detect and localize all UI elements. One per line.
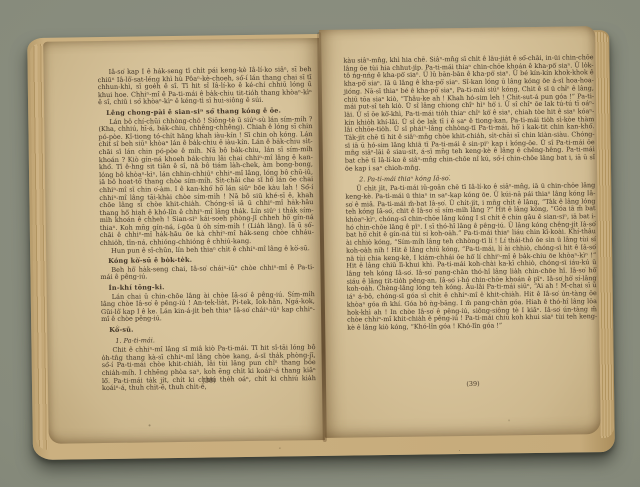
heading: Kò͘-sū. xyxy=(101,324,315,335)
paragraph: Hun pun ê sî-chūn, lín beh thiaⁿ chi̍t ê… xyxy=(100,245,314,256)
paragraph: kàu siâⁿ-mn̂g, khì hia chē. Siâⁿ-mn̂g sī… xyxy=(343,54,595,173)
open-book: Iâ-so͘ kap I ê ha̍k-seng tī chi̍t pái ke… xyxy=(23,18,615,464)
photo-background: Iâ-so͘ kap I ê ha̍k-seng tī chi̍t pái ke… xyxy=(0,0,640,487)
paragraph: Lán bô chí-chūi chhòng-chō ! Siōng-tè ū … xyxy=(98,116,314,248)
dust-speck xyxy=(279,448,281,449)
dust-speck xyxy=(564,89,566,91)
paragraph: Iâ-so͘ kap I ê ha̍k-seng tī chi̍t pái ke… xyxy=(98,66,313,107)
dust-speck xyxy=(459,450,460,451)
paragraph: Lán chai ū chin-chōe lâng ài chòe Iâ-so͘… xyxy=(101,291,315,324)
dust-speck xyxy=(509,419,510,421)
paragraph: Beh hō͘ ha̍k-seng chai, Iâ-so͘ cháiⁿ-iūⁿ… xyxy=(100,264,314,282)
dust-speck xyxy=(117,325,118,326)
paragraph: Ū chi̍t ji̍t, Pa-ti-mái iû-goân chē tī I… xyxy=(345,182,597,332)
page-left-text: Iâ-so͘ kap I ê ha̍k-seng tī chi̍t pái ke… xyxy=(98,66,316,393)
page-right-text: kàu siâⁿ-mn̂g, khì hia chē. Siâⁿ-mn̂g sī… xyxy=(343,54,597,332)
dust-speck xyxy=(149,424,151,426)
